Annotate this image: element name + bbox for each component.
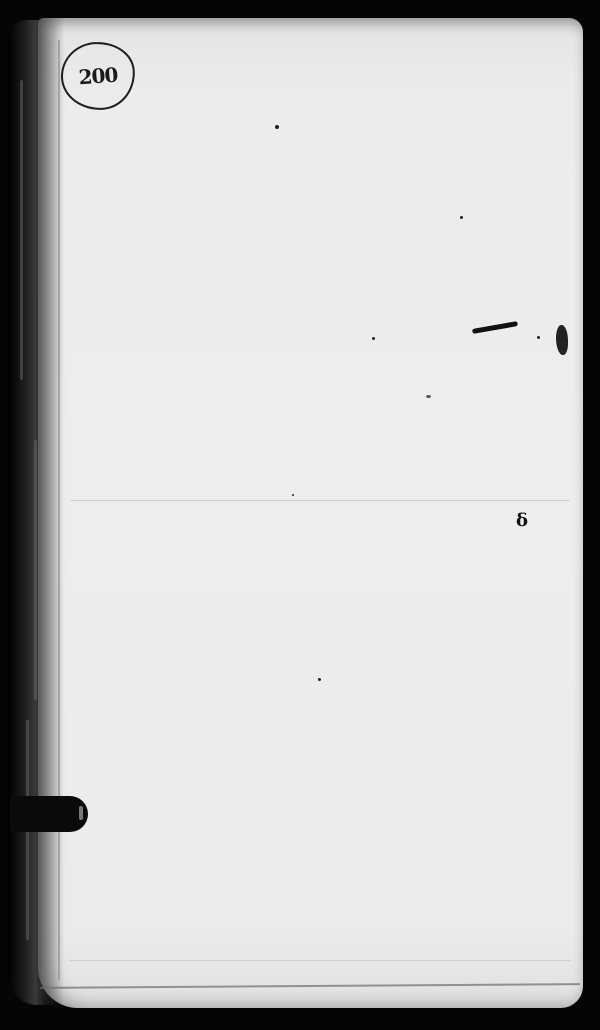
ink-speck [372,337,375,340]
margin-rule [58,40,60,980]
book-clasp [10,796,88,832]
ink-speck [537,336,540,339]
ink-speck [275,125,279,129]
ledger-page [38,18,583,1008]
clasp-highlight [79,806,83,820]
binding-streak [34,440,37,700]
ink-speck [460,216,463,219]
ink-glyph-mark: δ [516,510,528,531]
ink-blot-mark [556,325,568,355]
faint-rule [70,960,570,961]
ink-speck [426,395,431,398]
ink-speck [318,678,321,681]
page-gutter-shadow [38,18,64,1008]
ink-speck [292,494,294,496]
binding-streak [20,80,23,380]
faint-rule [70,500,570,501]
